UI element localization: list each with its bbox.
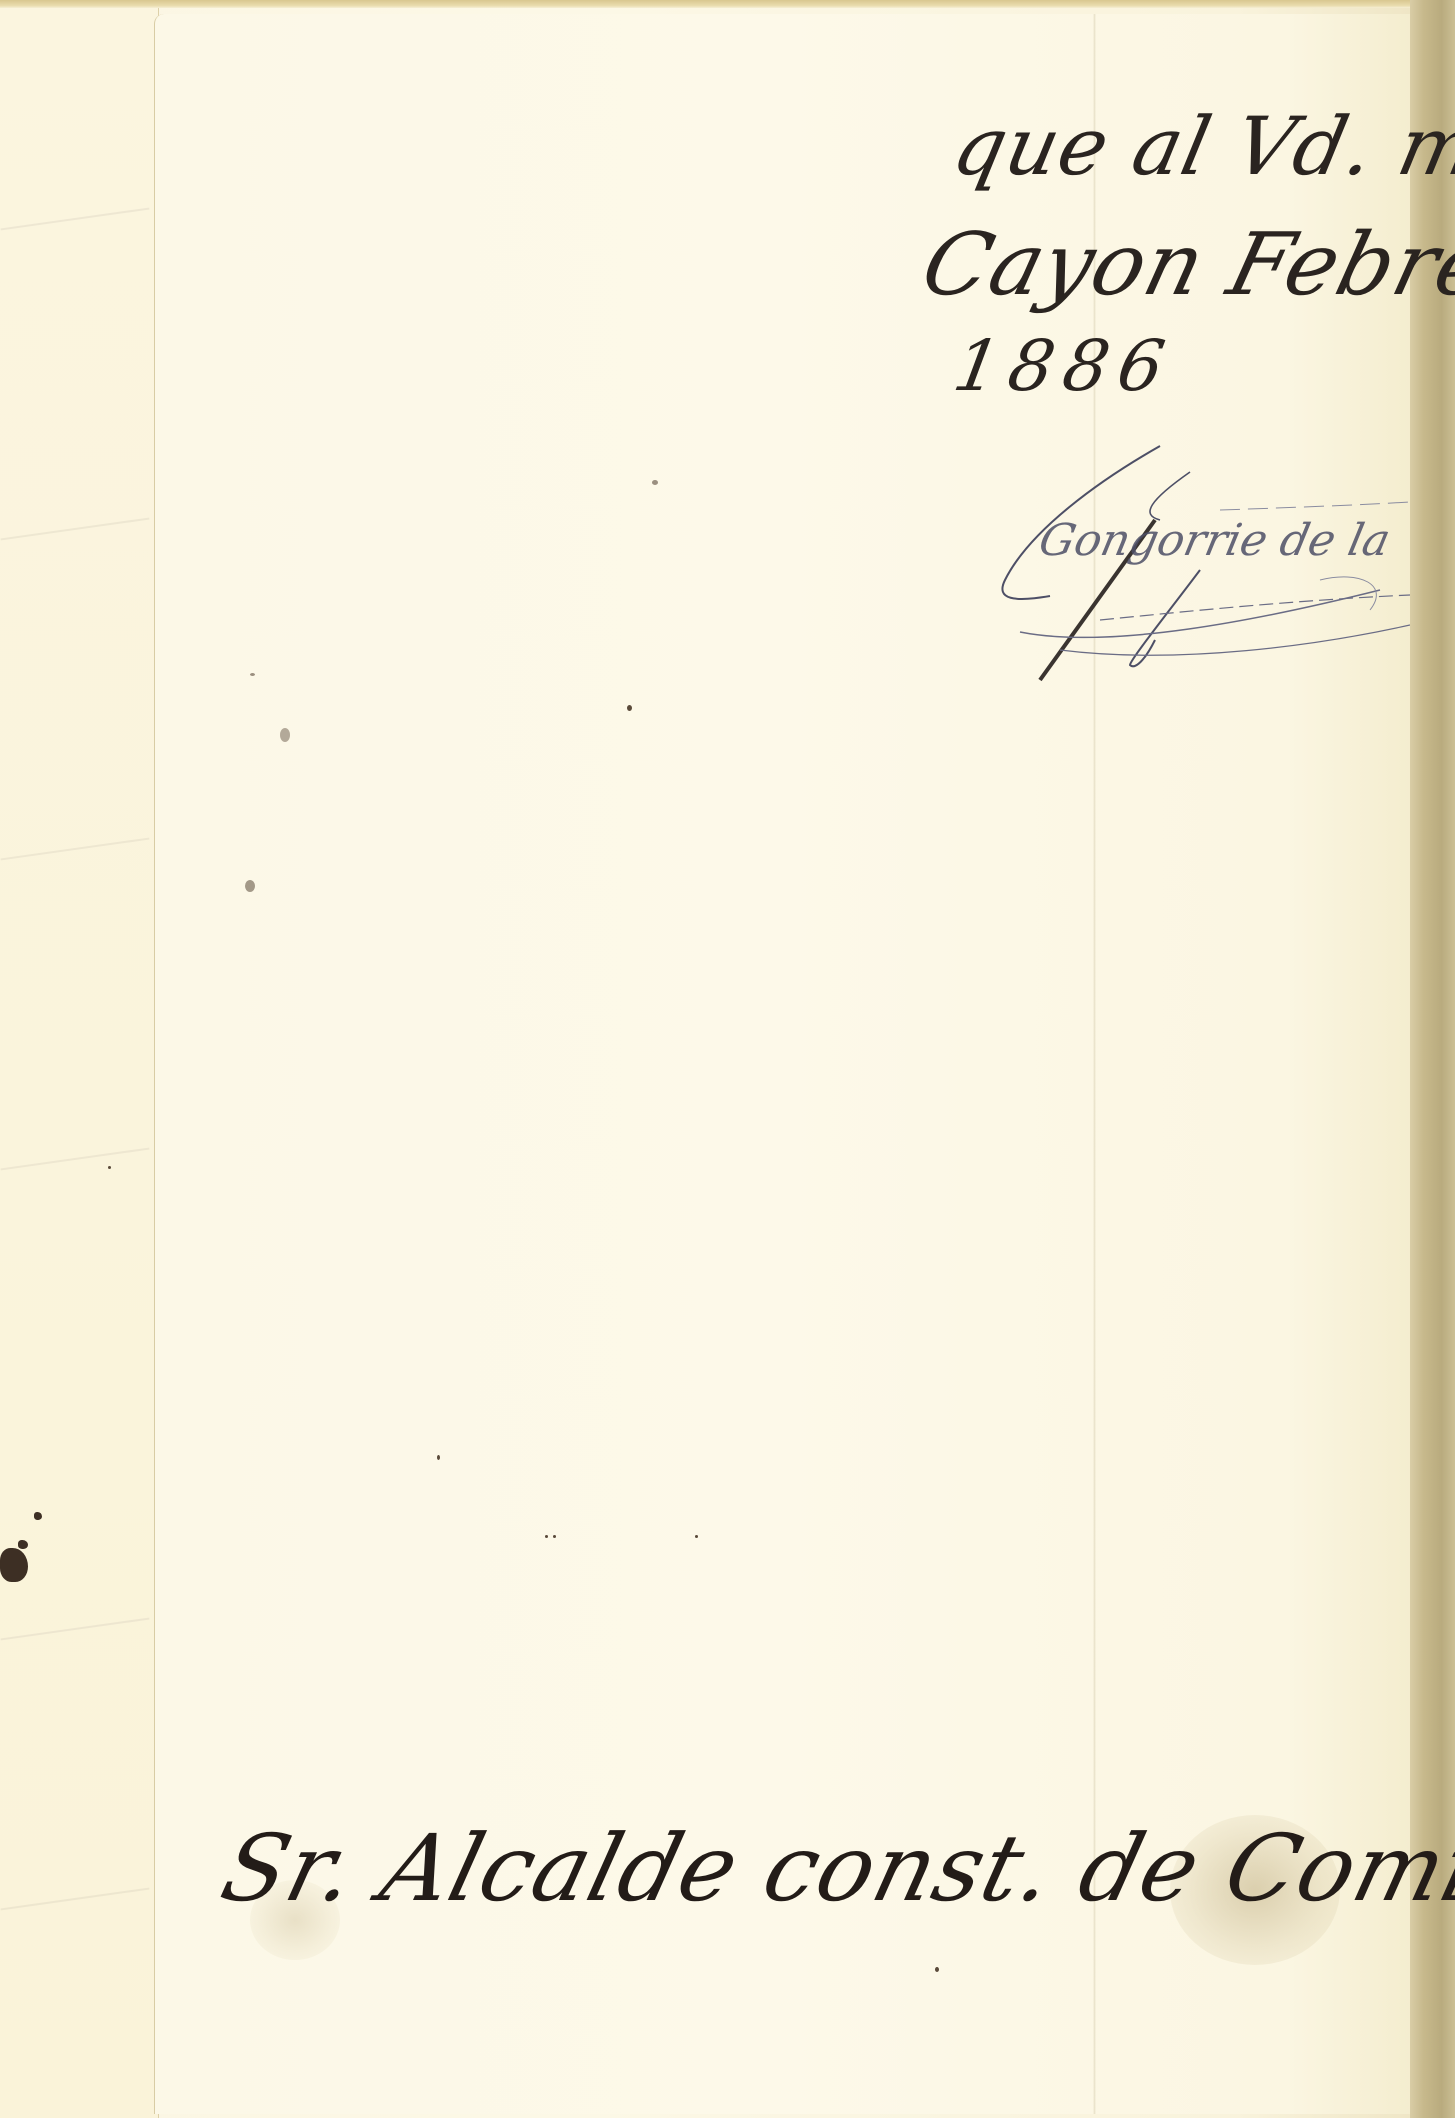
speck (652, 480, 658, 485)
document-scan: que al Vd. m. Cayon Febrero 1886 Gongorr… (0, 0, 1455, 2118)
letter-page (154, 14, 1411, 2114)
speck (245, 880, 255, 892)
speck (437, 1455, 440, 1460)
signature: Gongorrie de la (960, 420, 1410, 700)
year-line: 1886 (948, 325, 1181, 407)
signature-name: Gongorrie de la (1035, 515, 1395, 566)
closing-line-1: que al Vd. m. (945, 100, 1455, 193)
bleed-through-line (1, 1148, 150, 1171)
bleed-through-line (1, 838, 150, 861)
bleed-through-line (1, 1618, 150, 1641)
ink-blot (0, 1548, 28, 1582)
speck (280, 728, 290, 742)
addressee-line: Sr. Alcalde const. de Comillas (212, 1815, 1455, 1922)
speck (545, 1535, 548, 1538)
speck (108, 1166, 111, 1169)
place-date-line: Cayon Febrero (913, 215, 1455, 315)
speck (627, 705, 632, 711)
underlying-page (0, 8, 159, 2118)
speck (935, 1967, 939, 1972)
bleed-through-line (1, 208, 150, 231)
ink-blot (34, 1512, 42, 1520)
bleed-through-line (1, 518, 150, 541)
bleed-through-line (1, 1888, 150, 1911)
book-binding (1410, 0, 1455, 2118)
speck (250, 673, 255, 676)
ink-blot (18, 1540, 28, 1549)
speck (553, 1535, 556, 1538)
speck (695, 1535, 698, 1538)
page-top-edge (0, 0, 1455, 8)
